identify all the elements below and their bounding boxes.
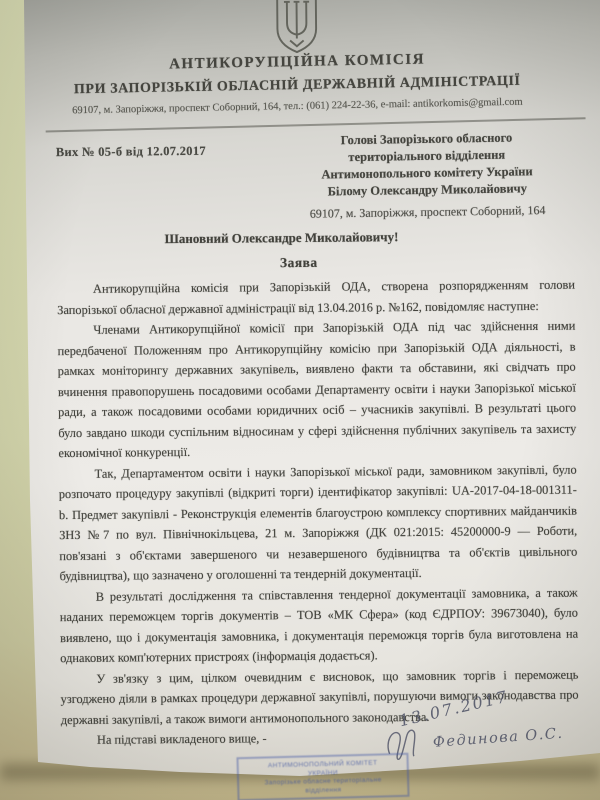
handwritten-annotations-layer: 13.07.2017 Фединова О.С. АНТИМОНОПОЛЬНИЙ… — [0, 0, 600, 800]
document-photo: АНТИКОРУПЦІЙНА КОМІСІЯ ПРИ ЗАПОРІЗЬКІЙ О… — [0, 0, 600, 800]
signature-name: Фединова О.С. — [432, 726, 564, 751]
official-stamp: АНТИМОНОПОЛЬНИЙ КОМІТЕТ УКРАЇНИ Запорізь… — [236, 753, 409, 800]
